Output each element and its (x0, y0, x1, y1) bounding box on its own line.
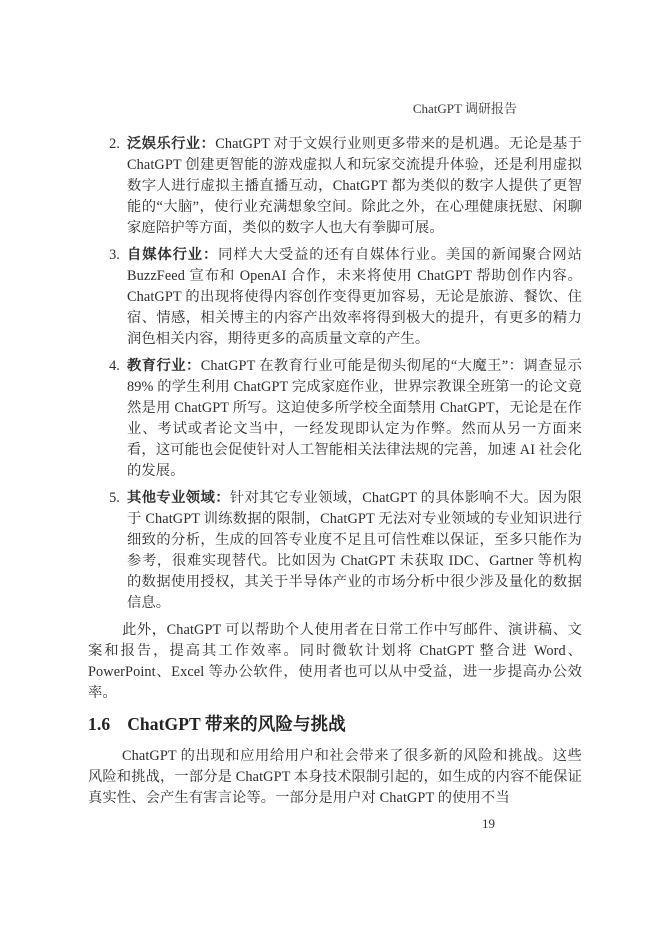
section-heading: 1.6ChatGPT 带来的风险与挑战 (88, 712, 582, 737)
list-item: 5.其他专业领域：针对其它专业领域，ChatGPT 的具体影响不大。因为限于 C… (88, 488, 582, 614)
item-label: 教育行业： (127, 358, 201, 374)
item-label: 其他专业领域： (127, 490, 230, 506)
running-header: ChatGPT 调研报告 (0, 100, 517, 118)
list-item: 3.自媒体行业：同样大大受益的还有自媒体行业。美国的新闻聚合网站 BuzzFee… (88, 245, 582, 350)
section-number: 1.6 (88, 712, 110, 737)
item-number: 3. (92, 245, 120, 266)
item-number: 5. (92, 488, 120, 509)
item-number: 4. (92, 356, 120, 377)
item-label: 自媒体行业： (127, 247, 218, 263)
item-label: 泛娱乐行业： (127, 136, 215, 152)
intro-paragraph: ChatGPT 的出现和应用给用户和社会带来了很多新的风险和挑战。这些风险和挑战… (88, 746, 582, 809)
industry-list: 2.泛娱乐行业：ChatGPT 对于文娱行业则更多带来的是机遇。无论是基于 Ch… (88, 134, 582, 614)
report-page: ChatGPT 调研报告 2.泛娱乐行业：ChatGPT 对于文娱行业则更多带来… (0, 0, 660, 934)
page-content: 2.泛娱乐行业：ChatGPT 对于文娱行业则更多带来的是机遇。无论是基于 Ch… (88, 134, 582, 809)
list-item: 2.泛娱乐行业：ChatGPT 对于文娱行业则更多带来的是机遇。无论是基于 Ch… (88, 134, 582, 239)
item-text: 针对其它专业领域，ChatGPT 的具体影响不大。因为限于 ChatGPT 训练… (127, 490, 582, 611)
list-item: 4.教育行业：ChatGPT 在教育行业可能是彻头彻尾的“大魔王”：调查显示 8… (88, 356, 582, 482)
closing-paragraph: 此外，ChatGPT 可以帮助个人使用者在日常工作中写邮件、演讲稿、文案和报告，… (88, 620, 582, 704)
item-number: 2. (92, 134, 120, 155)
item-text: ChatGPT 在教育行业可能是彻头彻尾的“大魔王”：调查显示 89% 的学生利… (127, 358, 582, 479)
page-number: 19 (482, 816, 495, 832)
section-title: ChatGPT 带来的风险与挑战 (127, 714, 346, 734)
